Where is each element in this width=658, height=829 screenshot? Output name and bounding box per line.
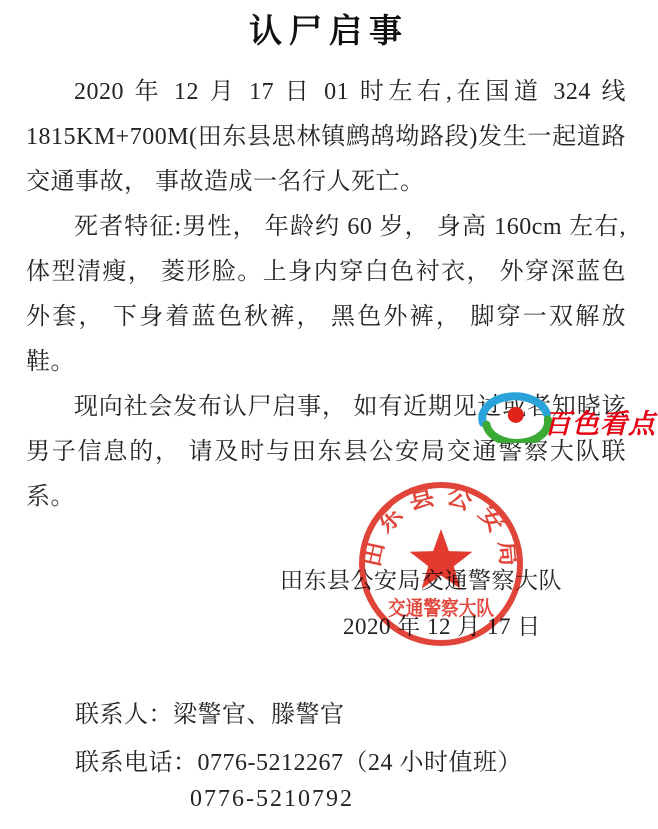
official-seal-graphic: 田东县公安局 交通警察大队 [357,480,525,648]
watermark: 百色看点 [474,385,656,443]
paragraph-description: 死者特征:男性， 年龄约 60 岁， 身高 160cm 左右,体型清瘦， 菱形脸… [26,205,626,385]
contact-phone-line: 联系电话：0776-5212267（24 小时值班） [75,742,522,777]
document-body: 2020 年 12 月 17 日 01 时左右,在国道 324 线 1815KM… [26,70,626,520]
watermark-text: 百色看点 [544,402,656,441]
watermark-swirl-icon [474,385,554,443]
seal-banner-text: 交通警察大队 [388,596,494,620]
official-seal: 田东县公安局 交通警察大队 [357,480,525,648]
contact-phone-secondary: 0776-5210792 [190,786,354,813]
paragraph-accident: 2020 年 12 月 17 日 01 时左右,在国道 324 线 1815KM… [26,70,626,205]
document-title: 认尸启事 [0,5,658,52]
seal-star-icon [410,529,473,589]
notice-document: 认尸启事 2020 年 12 月 17 日 01 时左右,在国道 324 线 1… [0,0,658,829]
contact-persons: 联系人：梁警官、滕警官 [75,694,345,729]
